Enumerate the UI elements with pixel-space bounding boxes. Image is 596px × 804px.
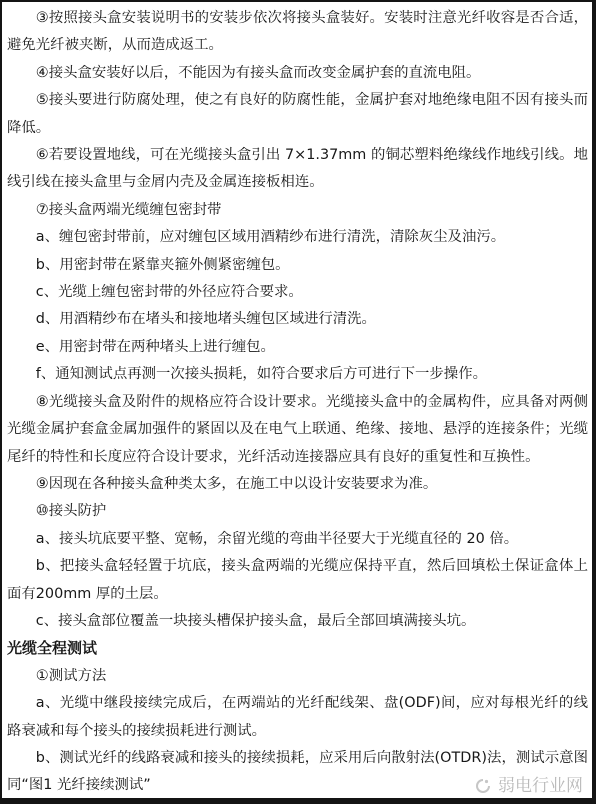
subitem-d-sealing: d、用酒精纱布在堵头和接地堵头缠包区域进行清洗。	[7, 306, 588, 333]
paragraph-item-4: ④接头盒安装好以后，不能因为有接头盒而改变金属护套的直流电阻。	[7, 60, 588, 87]
watermark-text: 弱电行业网	[498, 776, 583, 796]
document-page: ③按照接头盒安装说明书的安装步依次将接头盒装好。安装时注意光纤收容是否合适，避免…	[0, 0, 596, 804]
subitem-a-sealing: a、缠包密封带前，应对缠包区域用酒精纱布进行清洗，清除灰尘及油污。	[7, 224, 588, 251]
section-heading-full-test: 光缆全程测试	[7, 635, 588, 662]
subitem-e-sealing: e、用密封带在两种堵头上进行缠包。	[7, 334, 588, 361]
watermark: 弱电行业网	[473, 776, 583, 796]
subitem-f-sealing: f、通知测试点再测一次接头损耗，如符合要求后方可进行下一步操作。	[7, 361, 588, 388]
paragraph-item-3: ③按照接头盒安装说明书的安装步依次将接头盒装好。安装时注意光纤收容是否合适，避免…	[7, 5, 588, 60]
paragraph-item-9: ⑨因现在各种接头盒种类太多，在施工中以设计安装要求为准。	[7, 471, 588, 498]
subitem-b-sealing: b、用密封带在紧靠夹箍外侧紧密缠包。	[7, 252, 588, 279]
paragraph-item-1-test-method: ①测试方法	[7, 663, 588, 690]
subitem-c-protection: c、接头盒部位覆盖一块接头槽保护接头盒，最后全部回填满接头坑。	[7, 608, 588, 635]
paragraph-item-10: ⑩接头防护	[7, 498, 588, 525]
subitem-c-sealing: c、光缆上缠包密封带的外径应符合要求。	[7, 279, 588, 306]
paragraph-item-7: ⑦接头盒两端光缆缠包密封带	[7, 197, 588, 224]
subitem-a-protection: a、接头坑底要平整、宽畅，余留光缆的弯曲半径要大于光缆直径的 20 倍。	[7, 526, 588, 553]
paragraph-item-5: ⑤接头要进行防腐处理，使之有良好的防腐性能，金属护套对地绝缘电阻不因有接头而降低…	[7, 87, 588, 142]
paragraph-item-6: ⑥若要设置地线，可在光缆接头盒引出 7×1.37mm 的铜芯塑料绝缘线作地线引线…	[7, 142, 588, 197]
paragraph-item-8: ⑧光缆接头盒及附件的规格应符合设计要求。光缆接头盒中的金属构件，应具备对两侧光缆…	[7, 389, 588, 471]
site-logo-icon	[473, 776, 493, 796]
subitem-a-test: a、光缆中继段接续完成后，在两端站的光纤配线架、盘(ODF)间，应对每根光纤的线…	[7, 690, 588, 745]
subitem-b-protection: b、把接头盒轻轻置于坑底，接头盒两端的光缆应保持平直，然后回填松土保证盒体上面有…	[7, 553, 588, 608]
